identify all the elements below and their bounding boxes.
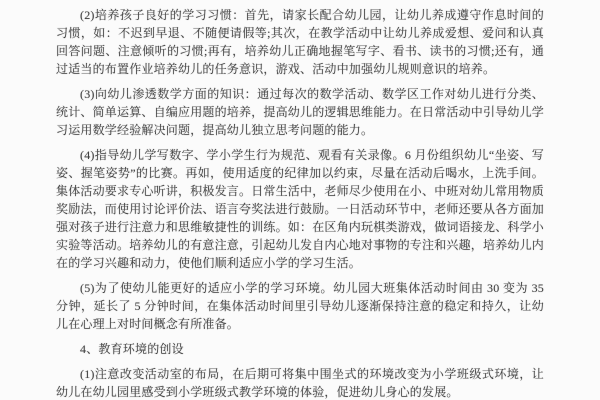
paragraph-activity-time: (5)为了使幼儿能更好的适应小学的学习环境。幼儿园大班集体活动时间由 30 变为… <box>56 279 544 333</box>
section-heading-environment: 4、教育环境的创设 <box>56 340 544 358</box>
document-page: (2)培养孩子良好的学习习惯：首先，请家长配合幼儿园，让幼儿养成遵守作息时间的习… <box>0 0 600 400</box>
paragraph-math-knowledge: (3)向幼儿渗透数学方面的知识：通过每次的数学活动、数学区工作对幼儿进行分类、统… <box>56 85 544 139</box>
paragraph-room-layout: (1)注意改变活动室的布局，在后期可将集中围坐式的环境改变为小学班级式环境，让幼… <box>56 365 544 400</box>
paragraph-learning-habits: (2)培养孩子良好的学习习惯：首先，请家长配合幼儿园，让幼儿养成遵守作息时间的习… <box>56 6 544 78</box>
paragraph-writing-behavior: (4)指导幼儿学写数字、学小学生行为规范、观看有关录像。6 月份组织幼儿“坐姿、… <box>56 146 544 272</box>
